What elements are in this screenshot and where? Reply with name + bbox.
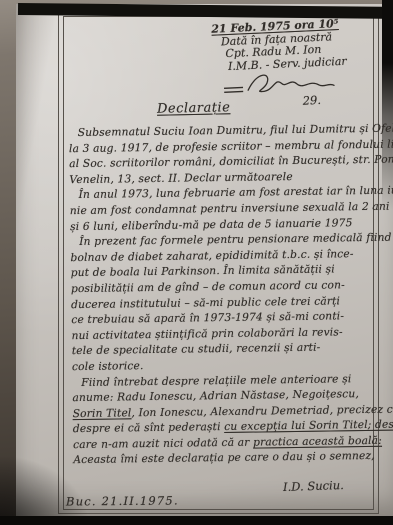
right-edge-shadow — [382, 0, 393, 210]
page-photo: 21 Feb. 1975 ora 10⁵ Dată în fața noastr… — [0, 0, 393, 525]
document-body: Subsemnatul Suciu Ioan Dumitru, fiul lui… — [69, 121, 376, 468]
document-title: Declarație — [157, 100, 231, 117]
registration-block: 21 Feb. 1975 ora 10⁵ Dată în fața noastr… — [211, 16, 380, 111]
bottom-edge-bar — [0, 516, 393, 525]
place-date-line: Buc. 21.II.1975. — [66, 494, 179, 509]
declarant-signature: I.D. Suciu. — [283, 478, 344, 494]
